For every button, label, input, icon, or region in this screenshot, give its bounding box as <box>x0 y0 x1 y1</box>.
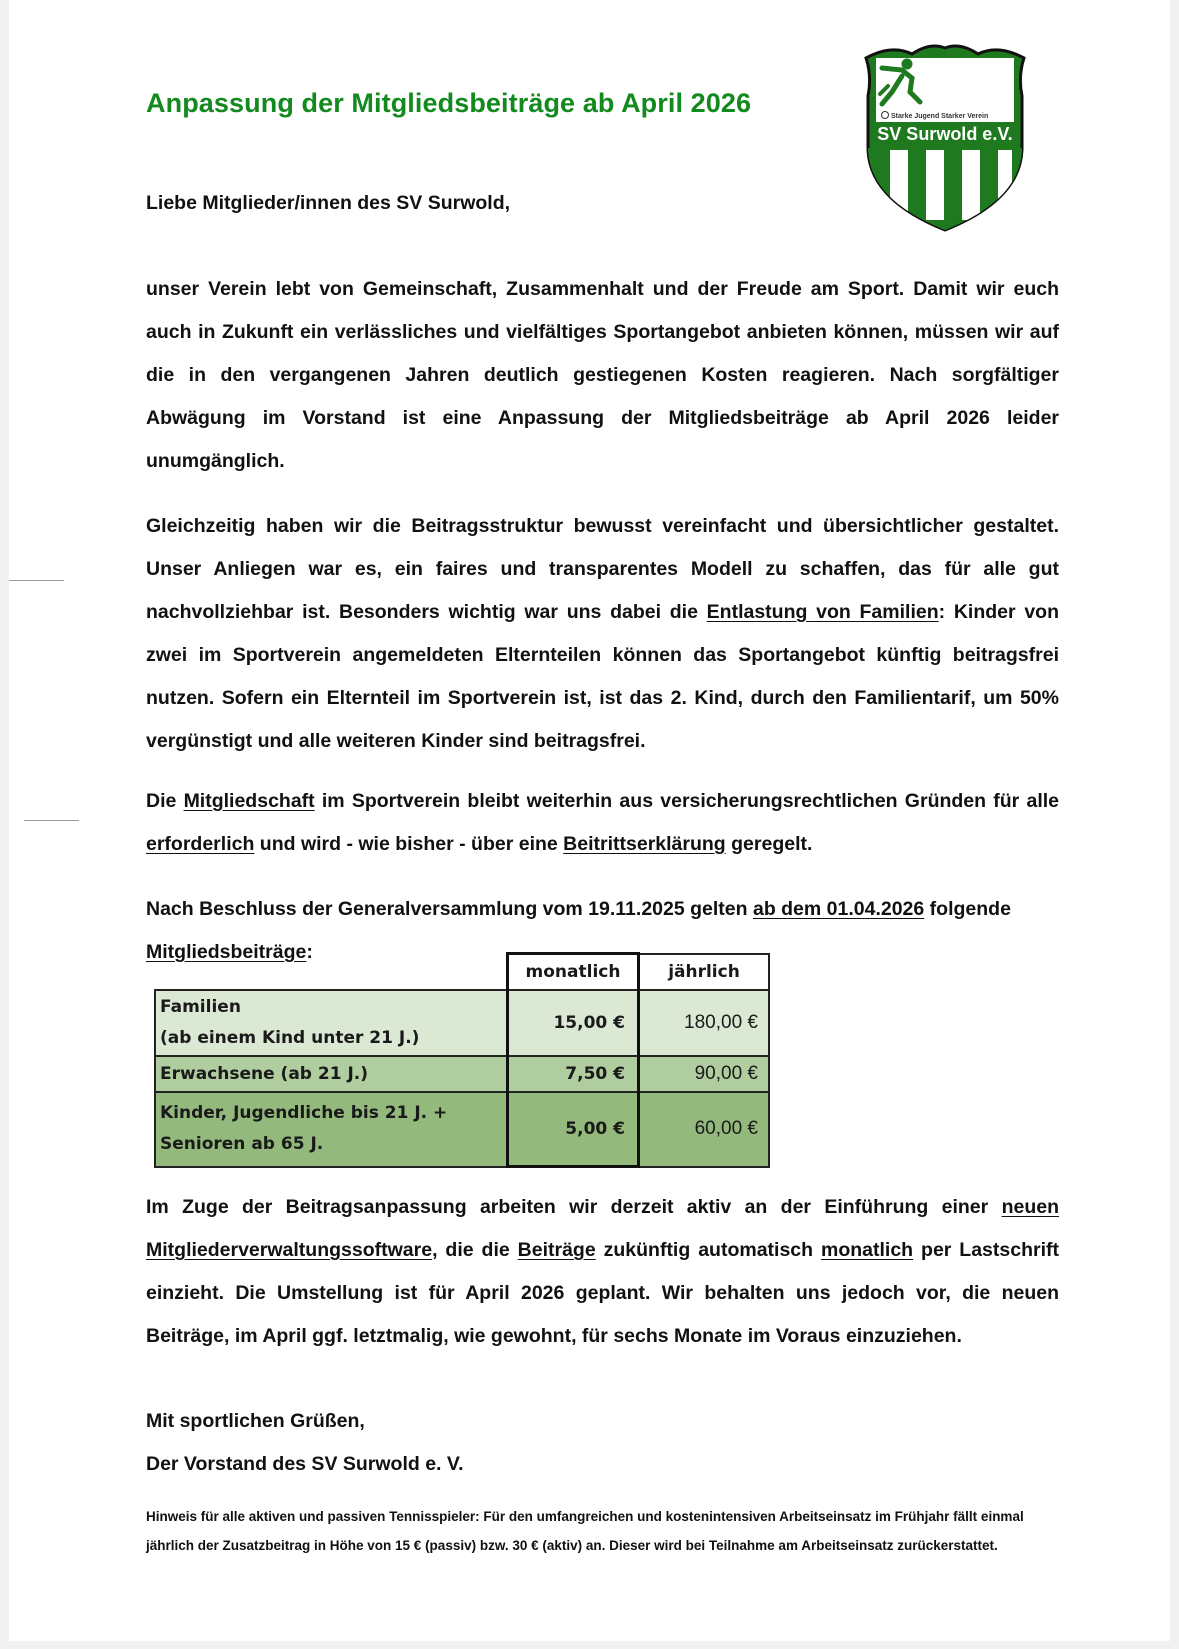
row-label: Kinder, Jugendliche bis 21 J. +Senioren … <box>155 1092 508 1167</box>
underlined-text: Beiträge <box>518 1239 596 1261</box>
document-title: Anpassung der Mitgliedsbeiträge ab April… <box>146 88 751 119</box>
paragraph-structure: Gleichzeitig haben wir die Beitragsstruk… <box>146 505 1059 763</box>
underlined-text: erforderlich <box>146 833 254 855</box>
tennis-note: Hinweis für alle aktiven und passiven Te… <box>146 1502 1046 1560</box>
logo-slogan: Starke Jugend Starker Verein <box>891 113 988 120</box>
monthly-fee: 7,50 € <box>508 1056 639 1092</box>
monthly-fee: 5,00 € <box>508 1092 639 1167</box>
yearly-fee: 180,00 € <box>639 990 770 1056</box>
monthly-fee: 15,00 € <box>508 990 639 1056</box>
club-logo: Starke Jugend Starker Verein SV Surwold … <box>852 40 1038 236</box>
closing-salutation: Mit sportlichen Grüßen, <box>146 1410 365 1433</box>
logo-club-name: SV Surwold e.V. <box>877 124 1012 144</box>
paragraph-software: Im Zuge der Beitragsanpassung arbeiten w… <box>146 1186 1059 1358</box>
underlined-text: Beitrittserklärung <box>563 833 726 855</box>
underlined-text: ab dem 01.04.2026 <box>753 898 924 920</box>
table-row: Erwachsene (ab 21 J.) 7,50 € 90,00 € <box>155 1056 769 1092</box>
underlined-text: monatlich <box>821 1239 913 1261</box>
fee-table: monatlich jährlich Familien(ab einem Kin… <box>154 952 770 1168</box>
column-header-monthly: monatlich <box>508 954 639 991</box>
row-label: Familien(ab einem Kind unter 21 J.) <box>155 990 508 1056</box>
underlined-text: Entlastung von Familien <box>707 601 939 623</box>
greeting: Liebe Mitglieder/innen des SV Surwold, <box>146 192 510 215</box>
row-label: Erwachsene (ab 21 J.) <box>155 1056 508 1092</box>
paragraph-membership: Die Mitgliedschaft im Sportverein bleibt… <box>146 780 1059 866</box>
column-header-yearly: jährlich <box>639 954 770 991</box>
yearly-fee: 60,00 € <box>639 1092 770 1167</box>
margin-marker <box>24 820 79 821</box>
table-header-row: monatlich jährlich <box>155 954 769 991</box>
paragraph-intro: unser Verein lebt von Gemeinschaft, Zusa… <box>146 268 1059 483</box>
closing-signature: Der Vorstand des SV Surwold e. V. <box>146 1453 464 1476</box>
margin-marker <box>9 580 64 581</box>
underlined-text: Mitgliedschaft <box>184 790 315 812</box>
yearly-fee: 90,00 € <box>639 1056 770 1092</box>
table-row: Familien(ab einem Kind unter 21 J.) 15,0… <box>155 990 769 1056</box>
table-row: Kinder, Jugendliche bis 21 J. +Senioren … <box>155 1092 769 1167</box>
